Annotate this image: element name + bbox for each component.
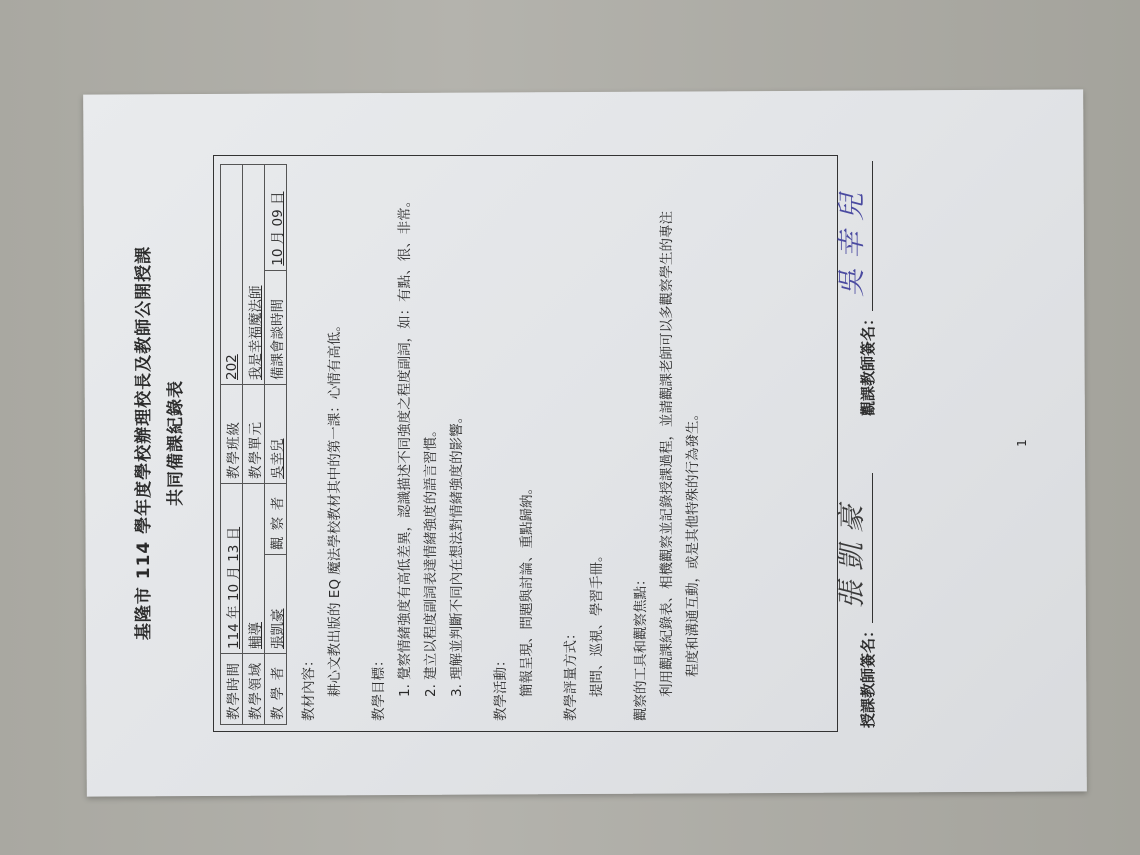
activities-text: 簡報呈現、問題與討論、重點歸納。 [514,166,540,721]
observation-text: 程度和溝通互動，或是其他特殊的行為發生。 [680,166,706,721]
form-title: 基隆市 114 學年度學校辦理校長及教師公開授課 [129,92,154,794]
assessment-heading: 教學評量方式： [558,166,584,721]
meta-row: 教學領域 輔導 教學單元 我是幸福魔法師 [243,165,265,725]
form-frame: 教學時間 114 年 10 月 13 日 教學班級 202 教學領域 輔導 教學… [213,155,838,732]
teacher-signature-label: 授課教師簽名： [859,623,877,728]
objective-item: 2. 建立以程度副詞表達情緒強度的語言習慣。 [418,166,444,721]
teacher-handwritten-signature: 張凱豪 [830,495,870,609]
meta-row: 教學時間 114 年 10 月 13 日 教學班級 202 [221,165,243,725]
label-prep-meeting-time: 備課會談時間 [265,270,287,384]
objective-item: 1. 覺察情緒強度有高低差異，認識描述不同強度之程度副詞，如：有點、很、非常。 [392,166,418,721]
materials-text: 耕心文教出版的 EQ 魔法學校教材其中的第一課：心情有高低。 [322,166,348,721]
teacher-signature-field: 授課教師簽名：張凱豪 [857,473,878,728]
label-teaching-time: 教學時間 [221,654,243,725]
materials-heading: 教材內容： [296,166,322,721]
value-observer: 吳幸兒 [265,385,287,484]
observation-heading: 觀察的工具和觀察焦點： [628,166,654,721]
value-class: 202 [221,165,243,385]
observer-signature-field: 觀課教師簽名：吳幸兒 [857,161,878,416]
value-prep-meeting-time: 10 月 09 日 [265,165,287,271]
assessment-text: 提問、巡視、學習手冊。 [584,166,610,721]
meta-table: 教學時間 114 年 10 月 13 日 教學班級 202 教學領域 輔導 教學… [220,164,287,725]
label-observer: 觀 察 者 [265,484,287,555]
objectives-heading: 教學目標： [366,166,392,721]
label-unit: 教學單元 [243,385,265,484]
label-class: 教學班級 [221,385,243,484]
value-unit: 我是幸福魔法師 [243,165,265,385]
observation-text: 利用觀課紀錄表、相機觀察並記錄授課過程，並請觀課老師可以多觀察學生的專注 [654,166,680,721]
value-teacher: 張凱豪 [265,555,287,654]
page-number: 1 [1015,92,1029,794]
objective-item: 3. 理解並判斷不同內在想法對情緒強度的影響。 [444,166,470,721]
lesson-prep-record-form: 基隆市 114 學年度學校辦理校長及教師公開授課 共同備課紀錄表 教學時間 11… [85,92,1085,794]
observer-handwritten-signature: 吳幸兒 [830,183,870,297]
form-subtitle: 共同備課紀錄表 [161,92,186,794]
observer-signature-label: 觀課教師簽名： [859,311,877,416]
label-teacher: 教 學 者 [265,654,287,725]
value-domain: 輔導 [243,484,265,654]
activities-heading: 教學活動： [488,166,514,721]
meta-row: 教 學 者 張凱豪 觀 察 者 吳幸兒 備課會談時間 10 月 09 日 [265,165,287,725]
value-teaching-time: 114 年 10 月 13 日 [221,484,243,654]
label-domain: 教學領域 [243,654,265,725]
form-body: 教材內容： 耕心文教出版的 EQ 魔法學校教材其中的第一課：心情有高低。 教學目… [296,166,706,721]
